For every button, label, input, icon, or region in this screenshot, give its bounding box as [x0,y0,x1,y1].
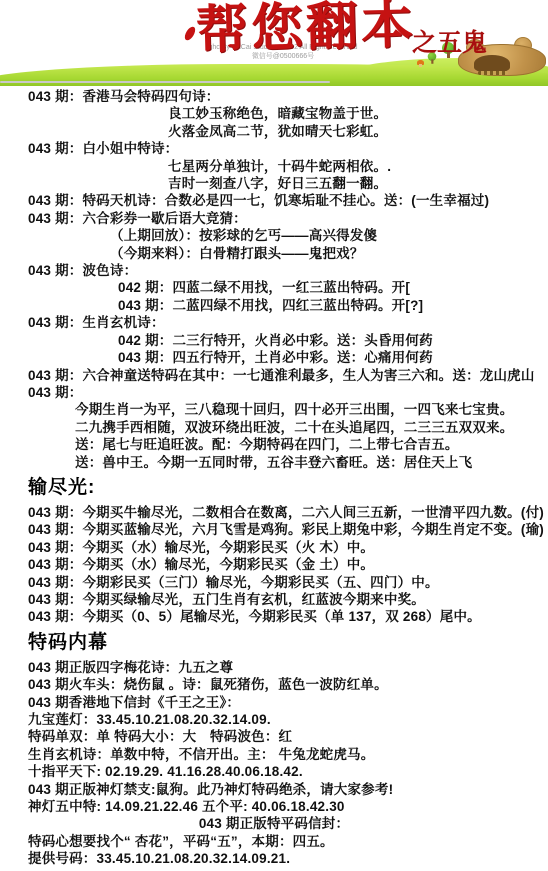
text-line: 043 期：今期买绿输尽光，五门生肖有玄机，红蓝波今期来中奖。 [28,591,548,608]
text-line: 043 期正版特平码信封： [0,815,548,832]
text-line: 043 期：今期买（0、5）尾输尽光，今期彩民买（单 137，双 268）尾中。 [28,608,548,625]
text-line: 043 期香港地下信封《千王之王》： [28,694,548,711]
text-line: 043 期：四五行特开，土肖必中彩。送：心痛用何药 [118,349,548,366]
text-line: 特码心想要找个“ 杏花”，平码“五”，本期：四五。 [28,833,548,850]
text-line: 043 期：六合彩券一歇后语大竞猜： [28,210,548,227]
text-line: 043 期：特码天机诗：合数必是四一七，饥寒垢耻不挂心。送：(一生幸福过) [28,192,548,209]
text-line: 吉时一刻查八字，好日三五翻一翻。 [168,175,548,192]
text-line: 良工妙玉称绝色，暗藏宝物盖于世。 [168,105,548,122]
text-line: 043 期：白小姐中特诗： [28,140,548,157]
text-line: 特码单双：单 特码大小：大 特码波色：红 [28,728,548,745]
text-line: 火落金凤高二节，犹如晴天七彩虹。 [168,123,548,140]
text-line: 十指平天下: 02.19.29. 41.16.28.40.06.18.42. [28,763,548,780]
document-lines: 043 期：香港马会特码四句诗：良工妙玉称绝色，暗藏宝物盖于世。火落金凤高二节，… [0,88,548,868]
text-line: 二九携手西相随，双波环绕出旺波，二十在头追尾四，二三三五双双来。 [75,419,548,436]
text-line: 七星两分单独计，十码牛蛇两相依。. [168,158,548,175]
divider [0,81,330,83]
text-line: 今期生肖一为平，三八稳现十回归，四十必开三出围，一四飞来七宝贵。 [75,401,548,418]
text-line: 043 期：今期彩民买（三门）输尽光，今期彩民买（五、四门）中。 [28,574,548,591]
text-line: 043 期：生肖玄机诗： [28,314,548,331]
text-line: 043 期：今期买牛输尽光，二数相合在数离，二六人间三五新，一世清平四九数。(付… [28,504,548,521]
text-line: 送：尾七与旺追旺波。配：今期特码在四门，二上带七合吉五。 [75,436,548,453]
text-line: 043 期正版四字梅花诗：九五之尊 [28,659,548,676]
text-line: 043 期正版神灯禁支:鼠狗。此乃神灯特码绝杀，请大家参考! [28,781,548,798]
section-heading: 输尽光: [28,477,548,499]
text-line: 042 期：四蓝二绿不用找，一红三蓝出特码。开[ [118,279,548,296]
text-line: 043 期：今期买（水）输尽光，今期彩民买（金 土）中。 [28,556,548,573]
text-line: 提供号码：33.45.10.21.08.20.32.14.09.21. [28,850,548,867]
mushroom-icon [417,60,424,65]
page-title: 帮您翻本 [195,0,417,63]
text-line: 生肖玄机诗：单数中特，不信开出。主： 牛兔龙蛇虎马。 [28,746,548,763]
text-line: 043 期：香港马会特码四句诗： [28,88,548,105]
text-line: 043 期火车头：烧伤鼠 。诗：鼠死猪伤，蓝色一波防红单。 [28,676,548,693]
text-line: （上期回放）：按彩球的乞丐——高兴得发傻 [110,227,548,244]
text-line: 送：兽中王。今期一五同时带，五谷丰登六畜旺。送：居住天上飞 [75,454,548,471]
text-line: 043 期：二蓝四绿不用找，四红三蓝出特码。开[?] [118,297,548,314]
masthead: ghc By DaCai Studio tc 2002 All Right Re… [0,0,548,86]
section-heading: 特码内幕 [28,632,548,654]
text-line: 042 期：二三行特开，火肖必中彩。送：头昏用何药 [118,332,548,349]
text-line: 043 期：波色诗： [28,262,548,279]
text-line: 043 期：六合神童送特码在其中：一七通淮利最多，生人为害三六和。送：龙山虎山 [28,367,548,384]
text-line: 九宝莲灯：33.45.10.21.08.20.32.14.09. [28,711,548,728]
text-line: （今期来料）：白骨精打跟头——鬼把戏？ [110,245,548,262]
page-subtitle: 之五鬼 [412,23,487,59]
text-line: 043 期： [28,384,548,401]
text-line: 043 期：今期买蓝输尽光，六月飞雪是鸡狗。彩民上期兔中彩，今期生肖定不变。(瑜… [28,521,548,538]
text-line: 043 期：今期买（水）输尽光，今期彩民买（火 木）中。 [28,539,548,556]
title-block: 帮您翻本之五鬼 [196,0,487,60]
text-line: 神灯五中特: 14.09.21.22.46 五个平: 40.06.18.42.3… [28,798,548,815]
page: ghc By DaCai Studio tc 2002 All Right Re… [0,0,548,871]
